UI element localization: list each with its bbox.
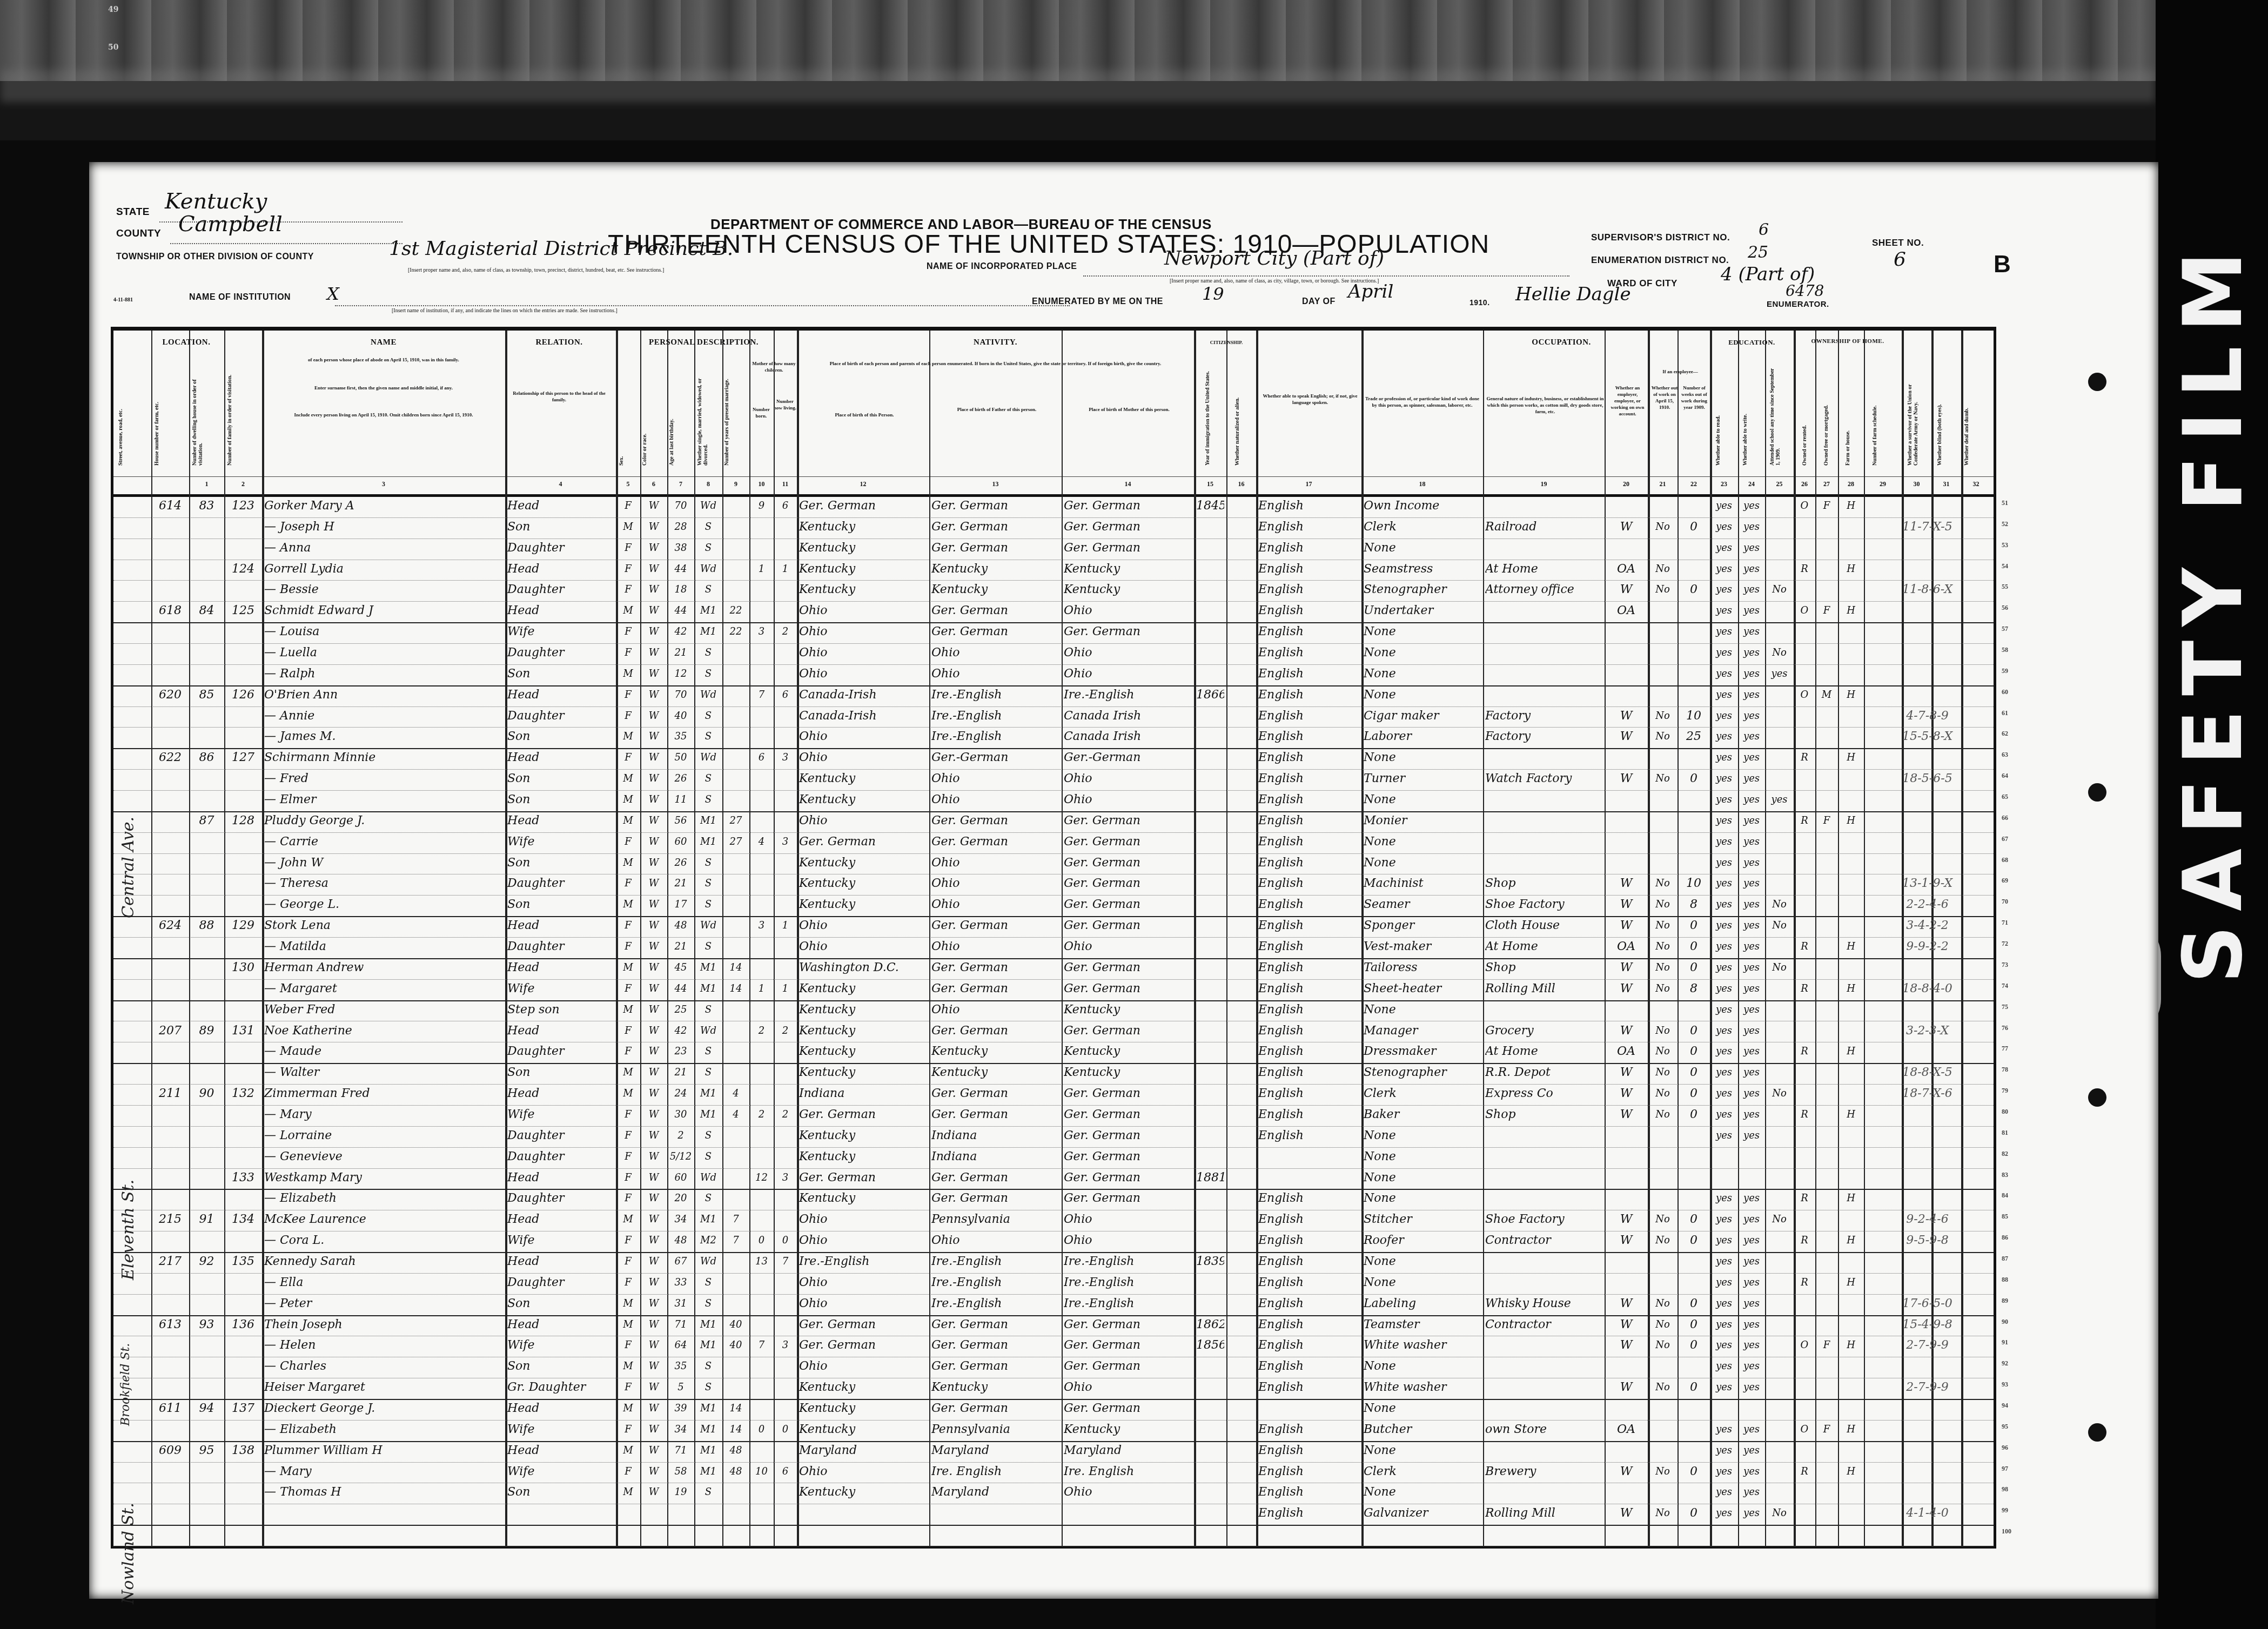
color-cell: W <box>642 1337 665 1354</box>
years-married-header: Number of years of present marriage. <box>724 363 730 466</box>
weeks-cell: 10 <box>1680 708 1708 725</box>
school-cell: yes <box>1767 665 1791 683</box>
sex-cell: F <box>618 917 638 934</box>
bpm-cell: Ger. German <box>1064 1337 1192 1354</box>
table-row: 124Gorrell LydiaHeadFW44Wd11KentuckyKent… <box>113 560 1994 581</box>
bpf-cell: Ger. German <box>931 1169 1059 1187</box>
name-cell: Schirmann Minnie <box>264 749 503 766</box>
free-cell: F <box>1817 812 1836 830</box>
line-number: 59 <box>2002 667 2008 675</box>
table-row: — John WSonMW26SKentuckyOhioGer. GermanE… <box>113 853 1994 875</box>
bpf-cell: Ire.-English <box>931 686 1059 704</box>
sex-cell: M <box>618 1442 638 1459</box>
lang-cell: English <box>1258 644 1359 662</box>
bp-cell: Ohio <box>799 749 927 766</box>
bpf-cell: Ger. German <box>931 833 1059 851</box>
sex-cell: M <box>618 812 638 830</box>
write-cell: yes <box>1740 1442 1763 1459</box>
table-row: — MaryWifeFW58M148106OhioIre. EnglishIre… <box>113 1462 1994 1484</box>
name-instruction: Enter surname first, then the given name… <box>267 385 500 391</box>
bpm-cell: Ohio <box>1064 1211 1192 1228</box>
write-cell: yes <box>1740 1337 1763 1354</box>
marital-cell: S <box>696 938 720 955</box>
age-cell: 50 <box>669 749 692 766</box>
coding-marks: 3-2-3-X <box>1864 1022 1991 1040</box>
name-cell: — Margaret <box>264 980 503 998</box>
name-cell: — Elmer <box>264 791 503 809</box>
industry-cell: At Home <box>1485 1043 1602 1060</box>
table-row: — CharlesSonMW35SOhioGer. GermanGer. Ger… <box>113 1357 1994 1378</box>
lang-cell: English <box>1258 540 1359 557</box>
relation-cell: Head <box>507 1022 614 1040</box>
read-cell: yes <box>1712 1358 1736 1375</box>
trade-cell: None <box>1364 1127 1481 1145</box>
read-cell: yes <box>1712 519 1736 536</box>
coding-marks: 17-6-5-0 <box>1864 1295 1991 1312</box>
yrs-married-cell: 14 <box>724 1400 747 1417</box>
line-number: 94 <box>2002 1402 2008 1410</box>
age-header: Age at last birthday. <box>669 363 675 466</box>
industry-cell: Shop <box>1485 875 1602 892</box>
dwelling-header: Number of dwelling house in order of vis… <box>192 363 204 466</box>
relation-cell: Head <box>507 917 614 934</box>
yrs-married-cell: 40 <box>724 1316 747 1334</box>
weeks-out-heading: Number of weeks out of work during year … <box>1680 385 1708 410</box>
table-row: — ElmerSonMW11SKentuckyOhioOhioEnglishNo… <box>113 790 1994 812</box>
marital-cell: M1 <box>696 1337 720 1354</box>
marital-cell: M1 <box>696 1400 720 1417</box>
read-cell: yes <box>1712 1211 1736 1228</box>
children-born-heading: Number born. <box>750 406 773 419</box>
line-number: 92 <box>2002 1359 2008 1368</box>
outwork-cell: No <box>1650 581 1675 598</box>
language-heading: Whether able to speak English; or, if no… <box>1262 393 1359 406</box>
relation-heading: RELATION. <box>505 338 613 347</box>
weeks-cell: 0 <box>1680 1064 1708 1081</box>
immig-cell: 1862 <box>1196 1316 1224 1334</box>
marital-cell: M1 <box>696 1211 720 1228</box>
trade-cell: Seamer <box>1364 896 1481 913</box>
color-cell: W <box>642 519 665 536</box>
sex-cell: F <box>618 875 638 892</box>
read-cell: yes <box>1712 1484 1736 1501</box>
read-cell: yes <box>1712 749 1736 766</box>
bpf-cell: Ohio <box>931 644 1059 662</box>
emp-cell: W <box>1607 875 1646 892</box>
bpm-cell: Ger. German <box>1064 959 1192 977</box>
lang-cell: English <box>1258 519 1359 536</box>
living-cell: 3 <box>776 1337 795 1354</box>
industry-cell: Attorney office <box>1485 581 1602 598</box>
bpf-cell: Ohio <box>931 1001 1059 1019</box>
relation-cell: Head <box>507 1211 614 1228</box>
age-cell: 2 <box>669 1127 692 1145</box>
bpf-cell: Maryland <box>931 1484 1059 1501</box>
sex-cell: M <box>618 959 638 977</box>
coding-marks: 15-5-8-X <box>1864 728 1991 745</box>
yrs-married-cell: 4 <box>724 1106 747 1123</box>
column-number: 32 <box>1961 480 1991 488</box>
lang-cell: English <box>1258 1505 1359 1522</box>
age-cell: 28 <box>669 519 692 536</box>
sex-cell: F <box>618 497 638 515</box>
trade-cell: None <box>1364 1274 1481 1291</box>
write-cell: yes <box>1740 1358 1763 1375</box>
yrs-married-cell: 27 <box>724 812 747 830</box>
write-cell: yes <box>1740 1232 1763 1249</box>
emp-cell: W <box>1607 959 1646 977</box>
read-cell: yes <box>1712 686 1736 704</box>
name-cell: — Genevieve <box>264 1148 503 1166</box>
trade-cell: Stenographer <box>1364 1064 1481 1081</box>
lang-cell: English <box>1258 728 1359 745</box>
yrs-married-cell: 7 <box>724 1211 747 1228</box>
bpm-cell: Ger. German <box>1064 1358 1192 1375</box>
sex-cell: F <box>618 686 638 704</box>
house-cell: 215 <box>153 1211 187 1228</box>
lang-cell: English <box>1258 938 1359 955</box>
relation-cell: Son <box>507 896 614 913</box>
name-cell: — Mary <box>264 1463 503 1480</box>
bpm-cell: Ger. German <box>1064 875 1192 892</box>
name-description: of each person whose place of abode on A… <box>267 356 500 363</box>
bpf-cell: Ohio <box>931 665 1059 683</box>
emp-cell: W <box>1607 708 1646 725</box>
marital-cell: S <box>696 1358 720 1375</box>
table-row: — MaudeDaughterFW23SKentuckyKentuckyKent… <box>113 1042 1994 1064</box>
read-cell: yes <box>1712 1127 1736 1145</box>
school-cell: No <box>1767 1505 1791 1522</box>
age-cell: 19 <box>669 1484 692 1501</box>
read-cell: yes <box>1712 728 1736 745</box>
color-cell: W <box>642 1106 665 1123</box>
born-cell: 10 <box>751 1463 771 1480</box>
industry-cell: Rolling Mill <box>1485 980 1602 998</box>
read-cell: yes <box>1712 896 1736 913</box>
outwork-cell: No <box>1650 1043 1675 1060</box>
trade-cell: None <box>1364 686 1481 704</box>
house-cell: 211 <box>153 1085 187 1102</box>
bpm-cell: Maryland <box>1064 1442 1192 1459</box>
bpf-cell: Kentucky <box>931 1379 1059 1396</box>
name-cell: — Luella <box>264 644 503 662</box>
trade-cell: Vest-maker <box>1364 938 1481 955</box>
location-heading: LOCATION. <box>113 338 259 347</box>
living-cell: 1 <box>776 561 795 578</box>
column-number: 28 <box>1838 480 1864 488</box>
trade-cell: Undertaker <box>1364 602 1481 620</box>
age-cell: 44 <box>669 980 692 998</box>
immig-cell: 1856 <box>1196 1337 1224 1354</box>
industry-cell: own Store <box>1485 1421 1602 1438</box>
color-cell: W <box>642 708 665 725</box>
age-cell: 40 <box>669 708 692 725</box>
bpf-cell: Ger. German <box>931 602 1059 620</box>
name-cell: — Cora L. <box>264 1232 503 1249</box>
marital-cell: M1 <box>696 623 720 641</box>
table-row: 87128Pluddy George J.HeadMW56M127OhioGer… <box>113 811 1994 833</box>
house-cell: 614 <box>153 497 187 515</box>
column-number: 11 <box>774 480 797 488</box>
coding-marks: 11-7-X-5 <box>1864 519 1991 536</box>
read-cell: yes <box>1712 854 1736 872</box>
bpm-cell: Ger. German <box>1064 1148 1192 1166</box>
age-cell: 26 <box>669 770 692 787</box>
sex-cell: F <box>618 1337 638 1354</box>
age-cell: 24 <box>669 1085 692 1102</box>
relation-cell: Wife <box>507 1232 614 1249</box>
blind-header: Whether blind (both eyes). <box>1937 363 1943 466</box>
color-cell: W <box>642 959 665 977</box>
trade-cell: Laborer <box>1364 728 1481 745</box>
bpm-cell: Ger.-German <box>1064 749 1192 766</box>
color-cell: W <box>642 728 665 745</box>
lang-cell: English <box>1258 1043 1359 1060</box>
write-cell: yes <box>1740 665 1763 683</box>
weeks-cell: 0 <box>1680 1316 1708 1334</box>
trade-cell: White washer <box>1364 1379 1481 1396</box>
line-number: 74 <box>2002 982 2008 990</box>
name-cell: Herman Andrew <box>264 959 503 977</box>
township-label: Township or other division of county <box>116 252 314 262</box>
institution-value: X <box>327 284 339 304</box>
incorporated-place-value: Newport City (Part of) <box>1164 247 1384 270</box>
table-row: — WalterSonMW21SKentuckyKentuckyKentucky… <box>113 1063 1994 1085</box>
house-cell: 217 <box>153 1253 187 1270</box>
bp-cell: Kentucky <box>799 896 927 913</box>
weeks-cell: 0 <box>1680 917 1708 934</box>
line-number: 79 <box>2002 1087 2008 1095</box>
family-cell: 137 <box>226 1400 260 1417</box>
immig-cell: 1881 <box>1196 1169 1224 1187</box>
write-cell: yes <box>1740 959 1763 977</box>
coding-marks: 2-7-9-9 <box>1864 1337 1991 1354</box>
trade-cell: None <box>1364 1253 1481 1270</box>
read-cell: yes <box>1712 1085 1736 1102</box>
name-cell: Weber Fred <box>264 1001 503 1019</box>
occupation-heading: OCCUPATION. <box>1361 338 1761 347</box>
name-cell: — Charles <box>264 1358 503 1375</box>
table-row: 61483123Gorker Mary AHeadFW70Wd96Ger. Ge… <box>113 496 1994 518</box>
line-number: 95 <box>2002 1423 2008 1431</box>
sex-cell: F <box>618 1169 638 1187</box>
age-cell: 60 <box>669 833 692 851</box>
sex-cell: F <box>618 1379 638 1396</box>
emp-cell: W <box>1607 1085 1646 1102</box>
age-cell: 67 <box>669 1253 692 1270</box>
color-cell: W <box>642 1358 665 1375</box>
lang-cell: English <box>1258 665 1359 683</box>
emp-cell: W <box>1607 1379 1646 1396</box>
write-cell: yes <box>1740 896 1763 913</box>
table-row: Heiser MargaretGr. DaughterFW5SKentuckyK… <box>113 1378 1994 1400</box>
yrs-married-cell: 14 <box>724 959 747 977</box>
own-cell: R <box>1796 980 1813 998</box>
marital-cell: S <box>696 1484 720 1501</box>
age-cell: 23 <box>669 1043 692 1060</box>
own-cell: R <box>1796 1463 1813 1480</box>
ownership-heading: OWNERSHIP OF HOME. <box>1796 338 1899 345</box>
name-cell: Schmidt Edward J <box>264 602 503 620</box>
trade-cell: Clerk <box>1364 1463 1481 1480</box>
color-cell: W <box>642 561 665 578</box>
weeks-cell: 0 <box>1680 1211 1708 1228</box>
coding-marks: 18-5-6-5 <box>1864 770 1991 787</box>
trade-cell: None <box>1364 1442 1481 1459</box>
living-cell: 2 <box>776 1022 795 1040</box>
bpm-cell: Kentucky <box>1064 581 1192 598</box>
color-cell: W <box>642 1379 665 1396</box>
industry-cell: Contractor <box>1485 1316 1602 1334</box>
bpf-cell: Maryland <box>931 1442 1059 1459</box>
own-cell: R <box>1796 1106 1813 1123</box>
trade-cell: Sponger <box>1364 917 1481 934</box>
house-cell: 609 <box>153 1442 187 1459</box>
bpf-cell: Ohio <box>931 791 1059 809</box>
relation-cell: Daughter <box>507 540 614 557</box>
column-number: 17 <box>1256 480 1361 488</box>
relation-cell: Daughter <box>507 644 614 662</box>
yrs-married-cell: 14 <box>724 1421 747 1438</box>
dwelling-cell: 87 <box>191 812 222 830</box>
immigration-header: Year of immigration to the United States… <box>1205 363 1211 466</box>
age-cell: 21 <box>669 644 692 662</box>
born-cell: 12 <box>751 1169 771 1187</box>
living-cell: 0 <box>776 1421 795 1438</box>
trade-cell: None <box>1364 644 1481 662</box>
bp-cell: Kentucky <box>799 1400 927 1417</box>
bpf-cell: Ire.-English <box>931 1274 1059 1291</box>
relation-cell: Daughter <box>507 875 614 892</box>
yrs-married-cell: 4 <box>724 1085 747 1102</box>
safety-film-label: SAFETY FILM <box>2166 32 2258 1188</box>
read-cell: yes <box>1712 938 1736 955</box>
free-cell: F <box>1817 1337 1836 1354</box>
own-cell: O <box>1796 1337 1813 1354</box>
ward-label: Ward of city <box>1607 278 1677 289</box>
outwork-cell: No <box>1650 1211 1675 1228</box>
read-cell: yes <box>1712 1022 1736 1040</box>
sex-cell: M <box>618 665 638 683</box>
lang-cell: English <box>1258 1442 1359 1459</box>
name-cell: — Lorraine <box>264 1127 503 1145</box>
yrs-married-cell: 27 <box>724 833 747 851</box>
fh-cell: H <box>1840 1274 1862 1291</box>
census-rows: 61483123Gorker Mary AHeadFW70Wd96Ger. Ge… <box>113 496 1994 1546</box>
yrs-married-cell: 40 <box>724 1337 747 1354</box>
marital-cell: S <box>696 791 720 809</box>
column-number: 30 <box>1902 480 1931 488</box>
read-cell: yes <box>1712 1232 1736 1249</box>
sex-cell: F <box>618 1127 638 1145</box>
bp-cell: Kentucky <box>799 1421 927 1438</box>
bp-cell: Ohio <box>799 1295 927 1312</box>
sex-cell: F <box>618 1190 638 1207</box>
bpf-cell: Pennsylvania <box>931 1421 1059 1438</box>
immig-cell: 1845 <box>1196 497 1224 515</box>
school-cell: No <box>1767 644 1791 662</box>
bpf-cell: Ger.-German <box>931 749 1059 766</box>
line-number: 100 <box>2002 1527 2011 1536</box>
own-cell: R <box>1796 1043 1813 1060</box>
coding-marks: 18-8-X-5 <box>1864 1064 1991 1081</box>
read-header: Whether able to read. <box>1715 363 1721 466</box>
trade-cell: Sheet-heater <box>1364 980 1481 998</box>
fh-cell: H <box>1840 561 1862 578</box>
bpf-cell: Ger. German <box>931 1106 1059 1123</box>
age-cell: 17 <box>669 896 692 913</box>
column-number: 5 <box>616 480 640 488</box>
marital-cell: M1 <box>696 812 720 830</box>
marital-cell: Wd <box>696 749 720 766</box>
bp-cell: Kentucky <box>799 1001 927 1019</box>
line-number: 53 <box>2002 541 2008 549</box>
coding-marks: 2-7-9-9 <box>1864 1379 1991 1396</box>
column-number: 29 <box>1864 480 1902 488</box>
line-number: 64 <box>2002 772 2008 780</box>
name-cell: Westkamp Mary <box>264 1169 503 1187</box>
relation-description: Relationship of this person to the head … <box>511 390 608 403</box>
living-cell: 6 <box>776 1463 795 1480</box>
lang-cell: English <box>1258 875 1359 892</box>
bpm-cell: Kentucky <box>1064 561 1192 578</box>
free-cell: F <box>1817 1421 1836 1438</box>
outwork-cell: No <box>1650 728 1675 745</box>
bpf-cell: Ire. English <box>931 1463 1059 1480</box>
lang-cell: English <box>1258 1190 1359 1207</box>
born-cell: 13 <box>751 1253 771 1270</box>
sex-cell: M <box>618 519 638 536</box>
write-cell: yes <box>1740 561 1763 578</box>
marital-cell: Wd <box>696 1253 720 1270</box>
lang-cell: English <box>1258 1085 1359 1102</box>
age-cell: 26 <box>669 854 692 872</box>
family-cell: 126 <box>226 686 260 704</box>
read-cell: yes <box>1712 497 1736 515</box>
bpm-cell: Ger. German <box>1064 1106 1192 1123</box>
marital-cell: M1 <box>696 1106 720 1123</box>
house-cell: 622 <box>153 749 187 766</box>
coding-marks: 15-4-9-8 <box>1864 1316 1991 1334</box>
bp-cell: Kentucky <box>799 791 927 809</box>
lang-cell: English <box>1258 770 1359 787</box>
column-number: 8 <box>694 480 722 488</box>
lang-cell: English <box>1258 1232 1359 1249</box>
coding-marks: 3-4-2-2 <box>1864 917 1991 934</box>
write-cell: yes <box>1740 1106 1763 1123</box>
enumerated-month: April <box>1348 281 1393 302</box>
weeks-cell: 25 <box>1680 728 1708 745</box>
family-cell: 131 <box>226 1022 260 1040</box>
bp-cell: Kentucky <box>799 1127 927 1145</box>
enumerator-label: Enumerator. <box>1767 300 1829 309</box>
line-number: 99 <box>2002 1506 2008 1514</box>
bp-cell: Ger. German <box>799 1106 927 1123</box>
county-label: County <box>116 228 161 240</box>
line-number: 61 <box>2002 709 2008 717</box>
bp-cell: Ohio <box>799 665 927 683</box>
line-number: 89 <box>2002 1297 2008 1305</box>
enumerated-label: Enumerated by me on the <box>1032 297 1163 307</box>
age-cell: 33 <box>669 1274 692 1291</box>
relation-cell: Son <box>507 1358 614 1375</box>
weeks-cell: 0 <box>1680 938 1708 955</box>
bpf-cell: Ger. German <box>931 1337 1059 1354</box>
emp-cell: W <box>1607 980 1646 998</box>
table-row: 20789131Noe KatherineHeadFW42Wd22Kentuck… <box>113 1021 1994 1043</box>
trade-cell: Galvanizer <box>1364 1505 1481 1522</box>
born-cell: 1 <box>751 561 771 578</box>
